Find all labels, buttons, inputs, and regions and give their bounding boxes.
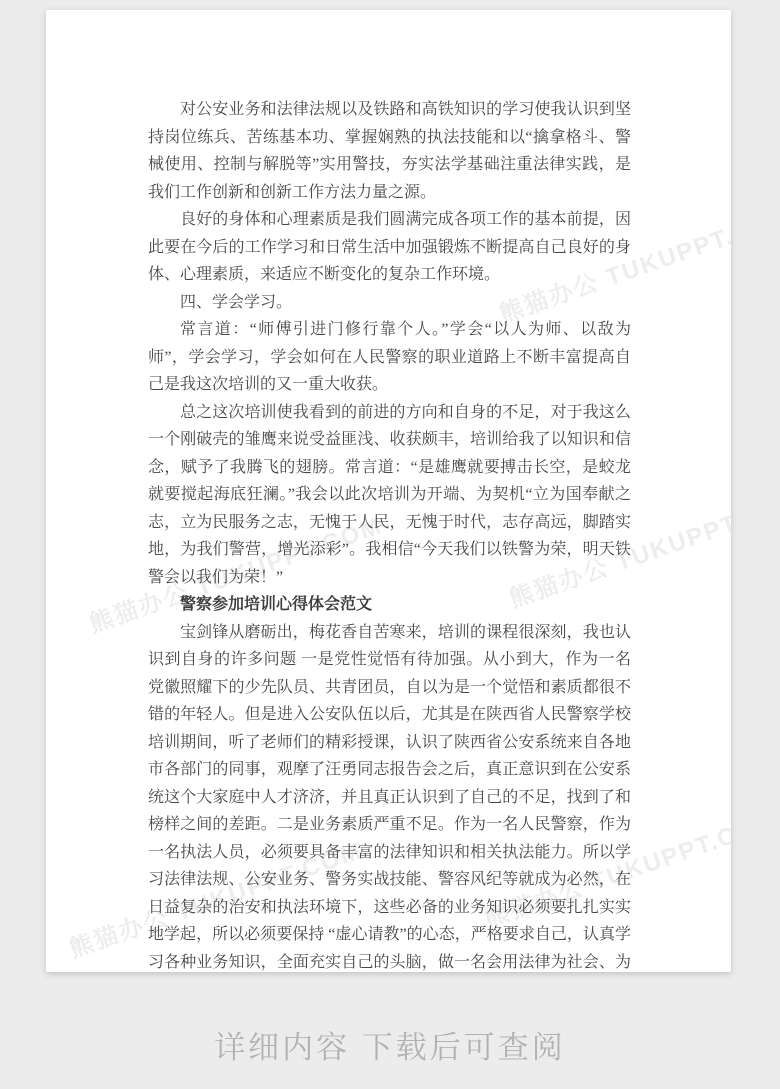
footer-note: 详细内容 下载后可查阅 xyxy=(0,1022,780,1067)
document-page: 熊猫办公 TUKUPPT.COM 熊猫办公 TUKUPPT.COM 熊猫办公 T… xyxy=(46,10,731,972)
paragraph: 四、学会学习。 xyxy=(148,289,631,317)
paragraph: 良好的身体和心理素质是我们圆满完成各项工作的基本前提，因此要在今后的工作学习和日… xyxy=(148,206,631,289)
section-heading: 警察参加培训心得体会范文 xyxy=(148,591,631,619)
paragraph: 常言道：“师傅引进门修行靠个人。”学会“以人为师、以敌为师”，学会学习，学会如何… xyxy=(148,316,631,399)
paragraph: 总之这次培训使我看到的前进的方向和自身的不足，对于我这么一个刚破壳的雏鹰来说受益… xyxy=(148,399,631,592)
preview-canvas: 熊猫办公 TUKUPPT.COM 熊猫办公 TUKUPPT.COM 熊猫办公 T… xyxy=(0,0,780,1089)
document-body: 对公安业务和法律法规以及铁路和高铁知识的学习使我认识到坚持岗位练兵、苦练基本功、… xyxy=(148,96,631,972)
paragraph: 对公安业务和法律法规以及铁路和高铁知识的学习使我认识到坚持岗位练兵、苦练基本功、… xyxy=(148,96,631,206)
paragraph: 宝剑锋从磨砺出，梅花香自苦寒来，培训的课程很深刻，我也认识到自身的许多问题 一是… xyxy=(148,619,631,973)
